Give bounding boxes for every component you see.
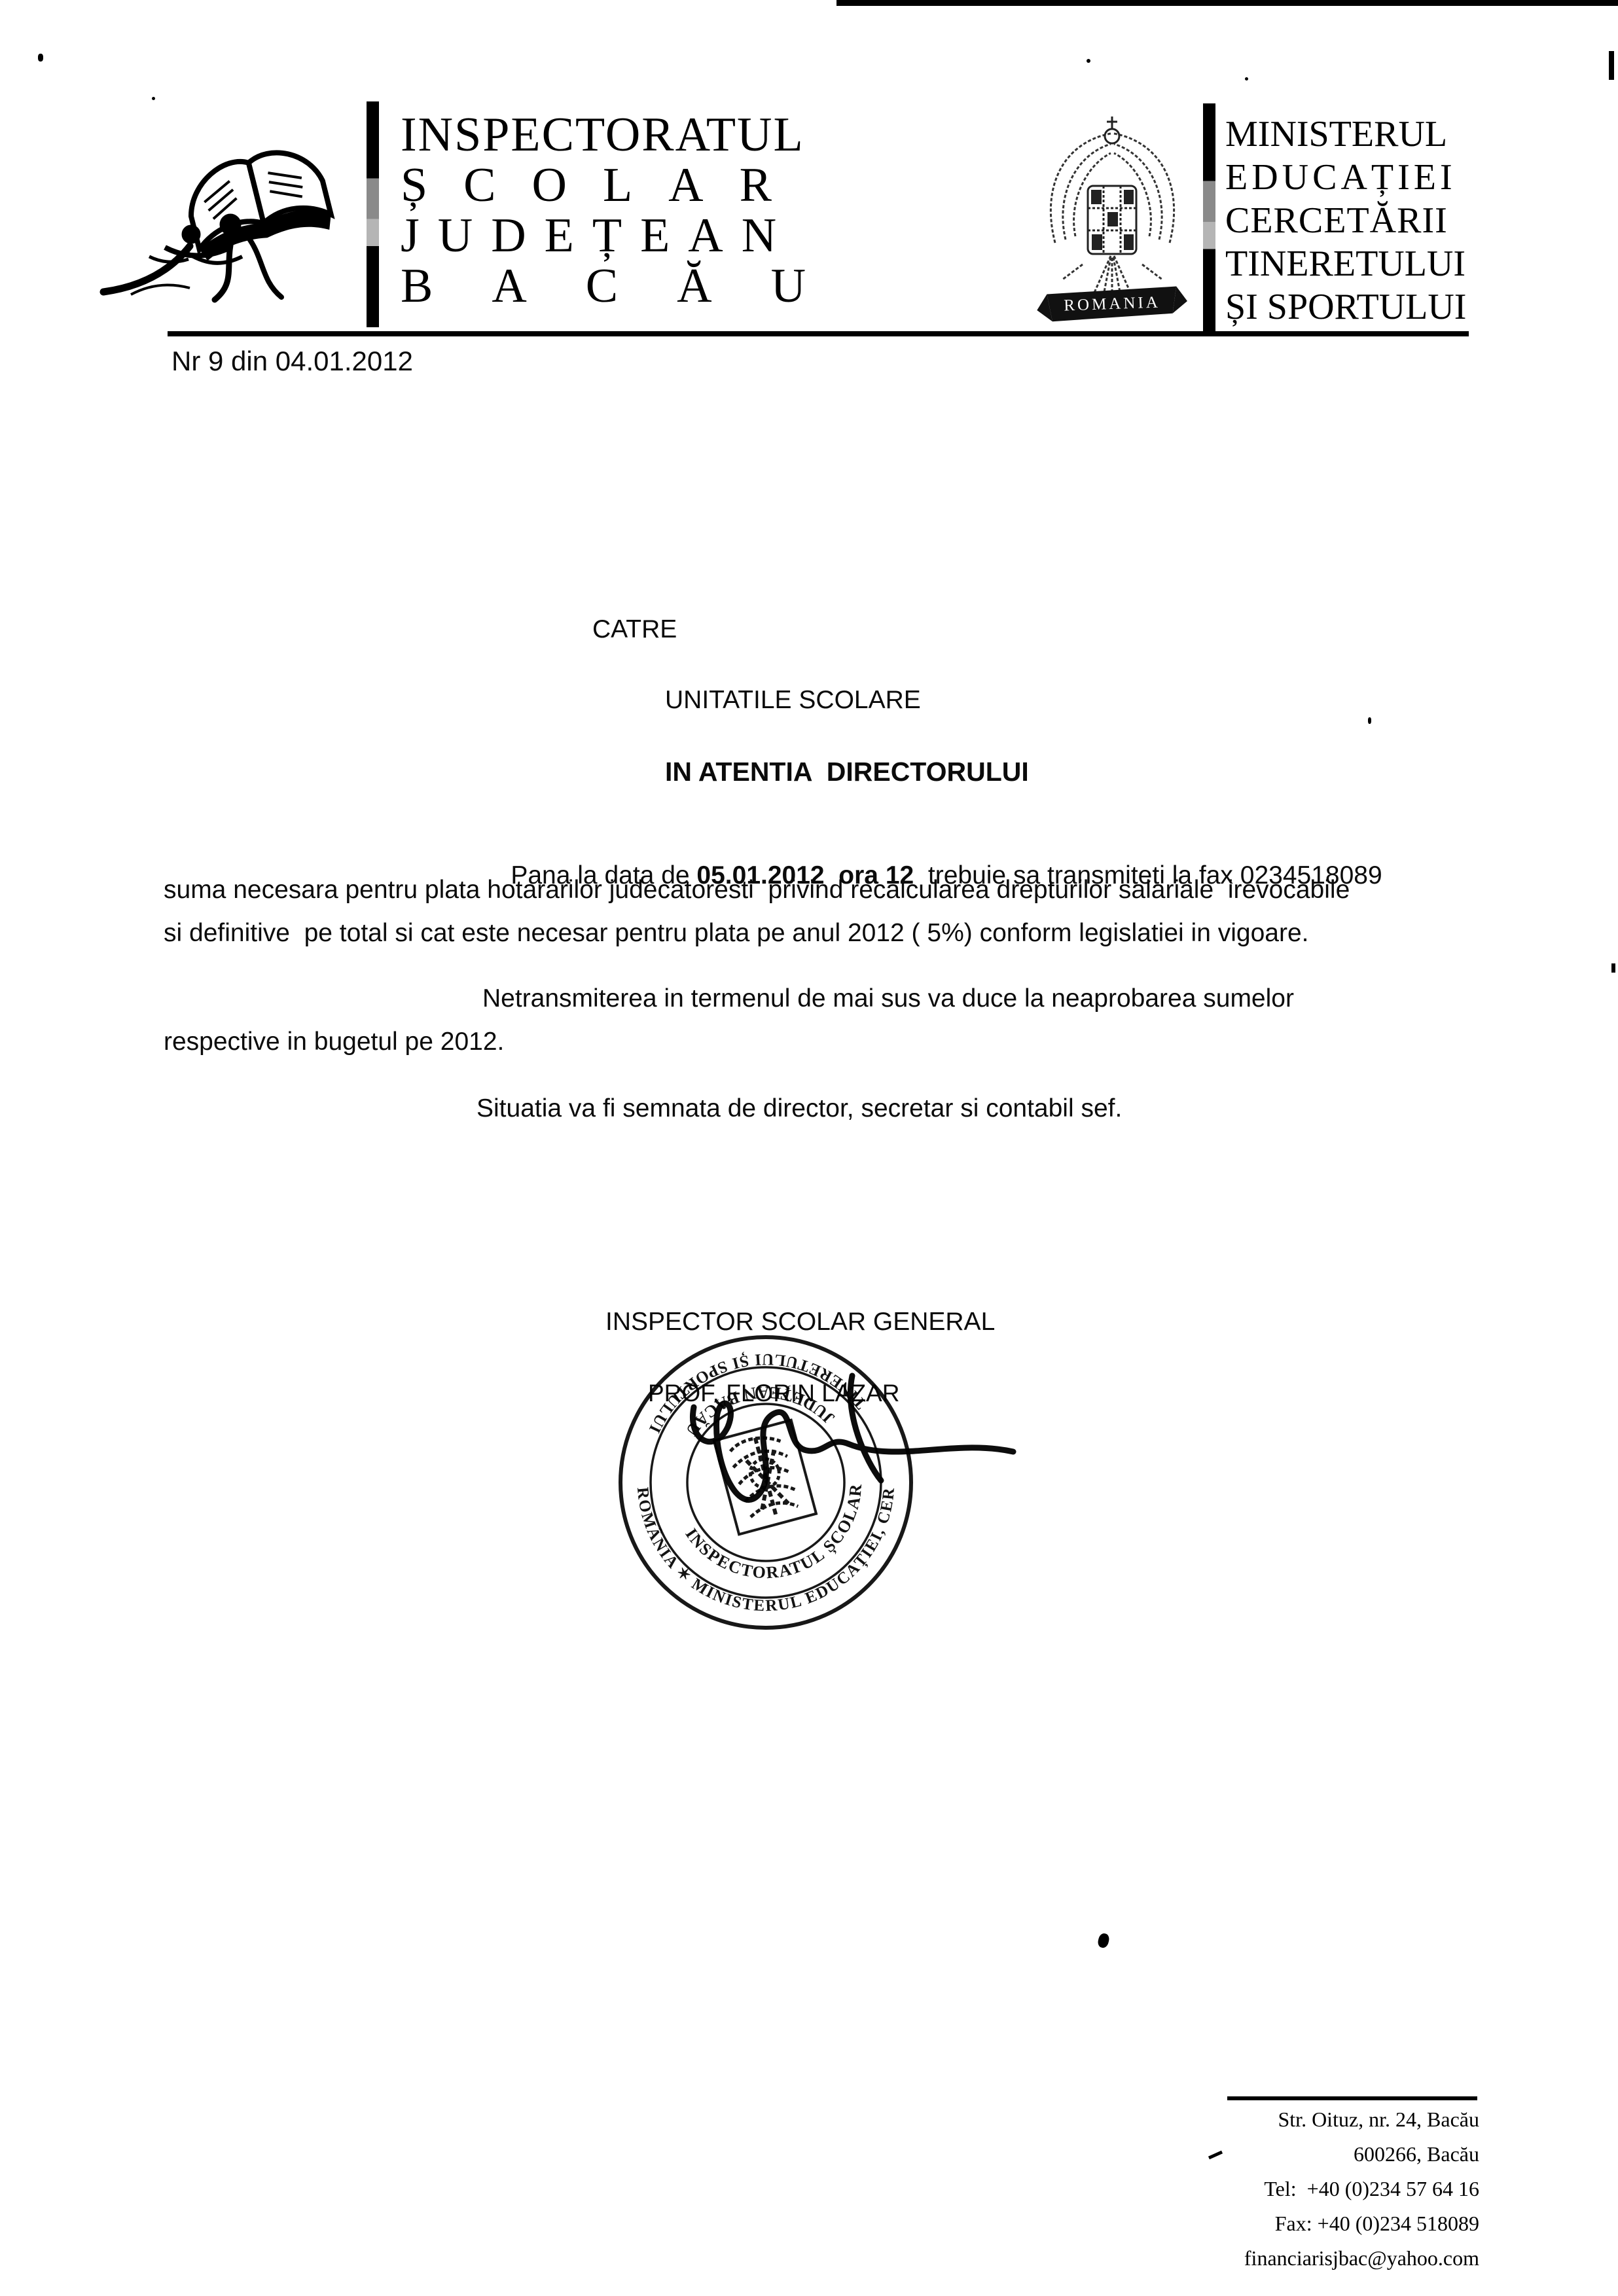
footer-fax-line: Fax: +40 (0)234 518089: [1106, 2206, 1479, 2241]
school-inspectorate-logo: [92, 98, 360, 308]
header-right-divider-bar: [1203, 103, 1215, 331]
org-name-line: ȘCOLAR: [401, 160, 865, 211]
paragraph2-line2: respective in bugetul pe 2012.: [164, 1028, 504, 1056]
romania-banner-label: ROMANIA: [1064, 293, 1160, 314]
scan-speck: [1245, 77, 1248, 81]
open-book-icon: [181, 142, 334, 262]
round-official-stamp: ROMÂNIA ✶ MINISTERUL EDUCAȚIEI, CERCETĂR…: [589, 1316, 1047, 1656]
ministry-name-line: MINISTERUL: [1225, 113, 1466, 156]
org-name-block: INSPECTORATUL ȘCOLAR JUDEȚEAN BACĂU: [401, 110, 865, 312]
paragraph1-line3: si definitive pe total si cat este neces…: [164, 919, 1308, 948]
paragraph1-line2: suma necesara pentru plata hotararilor j…: [164, 876, 1350, 905]
footer-address-line: 600266, Bacău: [1106, 2137, 1479, 2172]
scan-speck: [1611, 963, 1615, 973]
footer-phone-line: Tel: +40 (0)234 57 64 16: [1106, 2172, 1479, 2206]
footer-address-line: Str. Oituz, nr. 24, Bacău: [1106, 2102, 1479, 2137]
scan-artifact-top-line: [836, 0, 1618, 6]
paragraph3: Situatia va fi semnata de director, secr…: [476, 1094, 1122, 1123]
romania-banner: ROMANIA: [1036, 286, 1188, 322]
recipient-label: CATRE: [592, 615, 677, 644]
paragraph2-line1: Netransmiterea in termenul de mai sus va…: [482, 984, 1294, 1013]
ministry-name-block: MINISTERUL EDUCAȚIEI CERCETĂRII TINERETU…: [1225, 113, 1466, 329]
reference-number: Nr 9 din 04.01.2012: [171, 346, 413, 377]
ministry-name-line: TINERETULUI: [1225, 242, 1466, 285]
ministry-name-line: EDUCAȚIEI: [1225, 156, 1466, 199]
scan-speck: [1609, 51, 1614, 80]
attention-heading: IN ATENTIA DIRECTORULUI: [665, 757, 1029, 787]
org-name-line: JUDEȚEAN: [401, 211, 865, 261]
scanned-letter-page: INSPECTORATUL ȘCOLAR JUDEȚEAN BACĂU: [0, 0, 1618, 2296]
ministry-name-line: CERCETĂRII: [1225, 199, 1466, 242]
org-name-line: BACĂU: [401, 261, 865, 312]
footer-email-line: financiarisjbac@yahoo.com: [1106, 2241, 1479, 2276]
scan-speck: [38, 54, 43, 62]
footer-rule: [1227, 2096, 1477, 2100]
ministry-name-line: ȘI SPORTULUI: [1225, 285, 1466, 329]
scan-speck: [1087, 59, 1090, 63]
romania-coat-of-arms: ROMANIA: [1035, 109, 1189, 325]
header-rule: [168, 331, 1469, 336]
org-name-line: INSPECTORATUL: [401, 110, 865, 160]
svg-text:INSPECTORATUL ȘCOLAR: INSPECTORATUL ȘCOLAR: [681, 1482, 865, 1583]
stamp-inner-bottom-text: INSPECTORATUL ȘCOLAR: [681, 1482, 865, 1583]
scan-speck: [1097, 1932, 1111, 1948]
header-left-divider-bar: [367, 101, 379, 327]
footer-contact-block: Str. Oituz, nr. 24, Bacău 600266, Bacău …: [1106, 2102, 1479, 2276]
recipient-value: UNITATILE SCOLARE: [665, 686, 921, 715]
scan-speck: [1368, 717, 1371, 724]
